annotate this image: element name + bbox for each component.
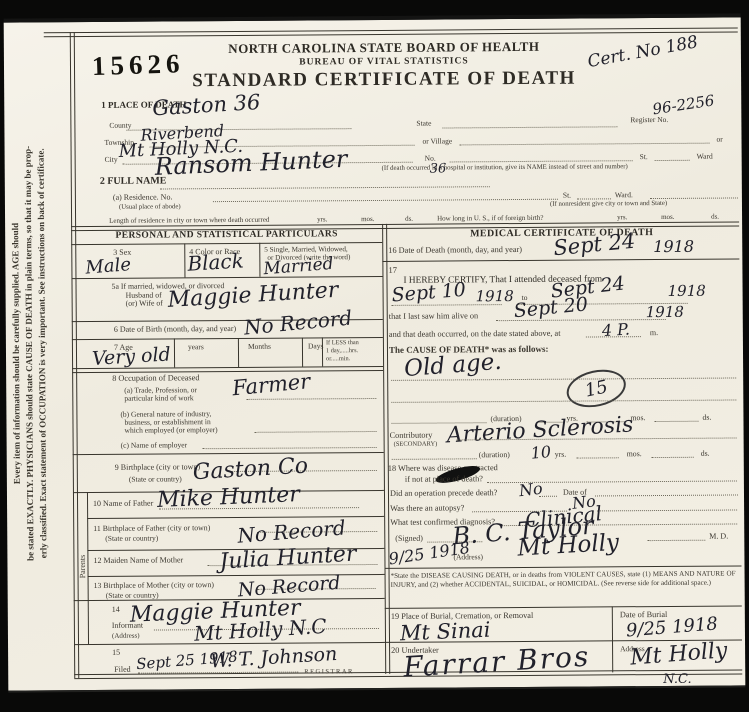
age-months-label: Months	[248, 342, 271, 351]
date-of-death-year: 1918	[653, 237, 694, 256]
residence-label: (a) Residence. No.	[113, 192, 173, 201]
md-label: M. D.	[709, 532, 728, 541]
birthplace-label-1: 9 Birthplace (city or town)	[115, 462, 200, 472]
abode-note: (Usual place of abode)	[119, 203, 181, 210]
row-rule	[382, 258, 739, 261]
contributory-label: Contributory	[390, 431, 433, 440]
age-less-label-1: If LESS than	[326, 339, 359, 346]
len-yrs-label: yrs.	[317, 215, 327, 223]
duration-yrs-2: yrs.	[555, 450, 567, 459]
occupation-c-dots	[203, 446, 377, 449]
cause-code-value: 15	[583, 376, 610, 401]
occupation-c-label: (c) Name of employer	[121, 440, 187, 449]
occupation-label: 8 Occupation of Deceased	[112, 373, 199, 383]
duration-mos-2: mos.	[627, 449, 642, 458]
section-14-number: 14	[112, 605, 120, 614]
certificate-sheet: Every item of information should be care…	[4, 13, 746, 692]
from-dots	[392, 303, 502, 306]
certificate-title: STANDARD CERTIFICATE OF DEATH	[144, 67, 624, 92]
cell-rule	[238, 338, 239, 367]
mother-birthplace-label-2: (State or country)	[106, 591, 159, 600]
birthplace-value: Gaston Co	[192, 453, 309, 485]
section-15-number: 15	[112, 648, 120, 657]
date-of-death-label: 16 Date of Death (month, day, and year)	[388, 245, 522, 255]
parents-group-label: Parents	[78, 545, 87, 589]
death-time-dots	[586, 335, 641, 337]
parents-inner-rule	[87, 492, 89, 644]
operation-dots-b	[595, 493, 738, 496]
row-rule	[73, 452, 384, 455]
operation-dots-a	[539, 495, 557, 497]
length-residence-label: Length of residence in city or town wher…	[109, 216, 269, 225]
race-value: Black	[187, 248, 245, 275]
death-occurred-label: and that death occurred, on the date sta…	[389, 329, 561, 339]
mother-birthplace-label-1: 13 Birthplace of Mother (city or town)	[94, 580, 214, 590]
margin-instructions: Every item of information should be care…	[8, 33, 52, 673]
father-name-label: 10 Name of Father	[93, 499, 153, 508]
or-village-label: or Village	[422, 136, 452, 145]
len-ds-label: ds.	[405, 215, 413, 223]
city-label: City	[105, 155, 118, 164]
father-birthplace-label-1: 11 Birthplace of Father (city or town)	[93, 523, 210, 533]
duration2-dots-b	[652, 456, 694, 458]
cell-rule	[174, 338, 175, 367]
dob-label: 6 Date of Birth (month, day, and year)	[114, 324, 236, 334]
signed-address-value: Mt Holly	[517, 530, 620, 562]
autopsy-label: Was there an autopsy?	[390, 503, 464, 513]
dob-value: No Record	[243, 305, 353, 339]
residence-ward-dots	[650, 196, 738, 199]
full-name-number: 36	[430, 161, 447, 176]
operation-value: No	[518, 479, 544, 501]
father-birthplace-label-2: (State or country)	[105, 534, 158, 543]
cell-rule	[322, 337, 323, 366]
or-label: or	[716, 135, 722, 144]
duration2-dots-lead	[392, 457, 477, 460]
village-dotted-line	[460, 142, 710, 146]
org-name: NORTH CAROLINA STATE BOARD OF HEALTH	[144, 38, 624, 57]
residence-ward-label: Ward.	[615, 190, 633, 199]
footnote-rule	[385, 565, 742, 568]
row-rule-heavy	[72, 366, 383, 373]
signed-address-label: (Address)	[453, 552, 483, 561]
column-divider-rule	[382, 224, 390, 674]
operation-label: Did an operation precede death?	[390, 488, 497, 498]
last-saw-dots	[496, 318, 666, 321]
row-rule	[74, 642, 385, 645]
duration-ds-2: ds.	[701, 449, 710, 458]
state-dotted-line	[442, 125, 617, 128]
signed-dots-b	[647, 539, 705, 541]
undertaker-address-state: N.C.	[663, 672, 691, 687]
bureau-name: BUREAU OF VITAL STATISTICS	[144, 55, 624, 68]
sex-value: Male	[85, 254, 132, 278]
st-label: St.	[640, 152, 648, 161]
spouse-label-3: (or) Wife of	[126, 298, 163, 307]
st-dotted-line	[655, 159, 690, 161]
registrar-label: REGISTRAR	[304, 668, 354, 675]
nonresident-note: (If nonresident give city or town and St…	[550, 200, 667, 208]
duration-dots-c	[654, 420, 698, 422]
age-less-label-3: or.....min.	[326, 355, 350, 362]
us-mos-label: mos.	[661, 213, 674, 221]
last-saw-label: that I last saw him alive on	[389, 311, 478, 321]
occupation-a-label-2: particular kind of work	[124, 393, 193, 402]
residence-st-dots	[577, 197, 611, 199]
how-long-us-label: How long in U. S., if of foreign birth?	[437, 214, 543, 223]
cell-rule	[184, 243, 185, 277]
cause-code-stamp: 15	[563, 364, 629, 412]
autopsy-dots-b	[597, 508, 737, 511]
informant-address-label: (Address)	[112, 632, 140, 640]
signed-label: (Signed)	[395, 534, 423, 543]
us-ds-label: ds.	[711, 213, 719, 221]
age-less-label-2: 1 day,.....hrs.	[326, 347, 358, 354]
birthplace-label-2: (State or country)	[129, 474, 182, 483]
age-value: Very old	[91, 343, 171, 370]
cell-rule	[302, 337, 303, 366]
attended-from-value: Sept 10	[391, 279, 467, 307]
secondary-label: (SECONDARY)	[394, 441, 438, 448]
ward-label: Ward	[697, 152, 713, 161]
section-18-label-1: 18 Where was disease contracted	[388, 463, 498, 473]
footnote-text: *State the DISEASE CAUSING DEATH, or in …	[391, 569, 736, 589]
cause-dots-2	[391, 398, 736, 402]
death-time-m-label: m.	[650, 328, 658, 337]
mother-name-label: 12 Maiden Name of Mother	[93, 555, 183, 565]
street-no-dotted-line	[450, 159, 633, 162]
us-yrs-label: yrs.	[617, 213, 627, 221]
attended-to-year: 1918	[668, 282, 706, 300]
residence-st-label: St.	[563, 191, 571, 200]
residence-dotted-line	[213, 198, 558, 202]
state-label: State	[416, 119, 431, 128]
section-17-number: 17	[388, 265, 397, 275]
section-18-label-2: if not at place of death?	[405, 474, 483, 484]
row-rule	[385, 605, 742, 608]
contributory-duration-value: 10	[530, 442, 552, 463]
filed-label: Filed	[114, 665, 131, 674]
duration-ds-1: ds.	[702, 413, 711, 422]
cell-rule	[259, 243, 260, 277]
personal-column-header: PERSONAL AND STATISTICAL PARTICULARS	[71, 229, 382, 241]
duration2-dots-a	[577, 456, 619, 458]
occupation-a-dots	[246, 397, 376, 400]
occupation-value: Farmer	[231, 369, 311, 400]
full-name-dotted-line	[160, 185, 490, 189]
len-mos-label: mos.	[361, 215, 374, 223]
register-no-value: 96-2256	[651, 91, 715, 118]
undertaker-address-value: Mt Holly	[629, 638, 728, 670]
duration-label-2: (duration)	[479, 450, 510, 459]
county-value: Gaston 36	[152, 90, 261, 120]
age-years-label: years	[188, 342, 204, 351]
occupation-b-dots	[255, 430, 377, 433]
occupation-b-label-3: which employed (or employer)	[125, 425, 218, 435]
top-rule	[44, 27, 738, 37]
